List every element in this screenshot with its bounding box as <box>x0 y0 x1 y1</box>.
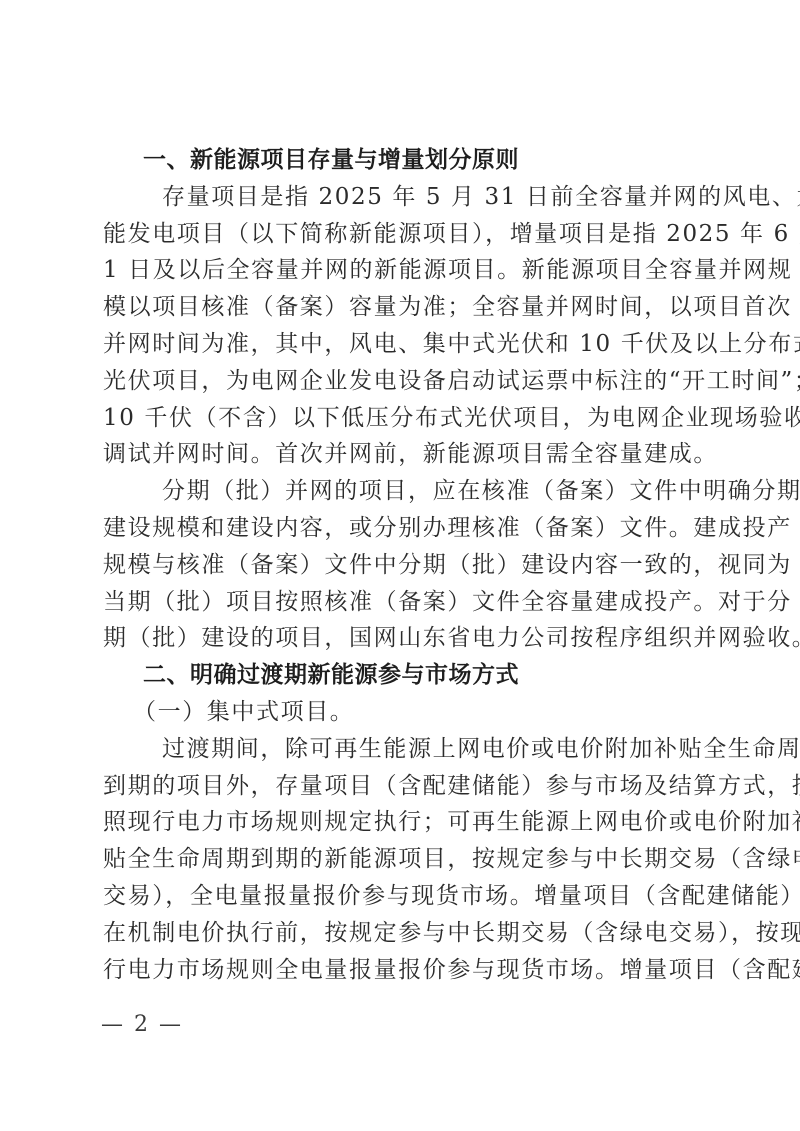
paragraph-3-line-7: 行电力市场规则全电量报量报价参与现货市场。增量项目（含配建 <box>103 952 693 989</box>
paragraph-3-line-4: 贴全生命周期到期的新能源项目，按规定参与中长期交易（含绿电 <box>103 841 693 878</box>
paragraph-3-line-5: 交易），全电量报量报价参与现货市场。增量项目（含配建储能） <box>103 878 693 915</box>
paragraph-3-line-3: 照现行电力市场规则规定执行；可再生能源上网电价或电价附加补 <box>103 804 693 841</box>
paragraph-1-line-7: 10 千伏（不含）以下低压分布式光伏项目，为电网企业现场验收 <box>103 400 693 437</box>
subsection-heading-1: （一）集中式项目。 <box>103 694 693 731</box>
paragraph-2-line-2: 建设规模和建设内容，或分别办理核准（备案）文件。建成投产 <box>103 510 693 547</box>
paragraph-2-line-5: 期（批）建设的项目，国网山东省电力公司按程序组织并网验收。 <box>103 620 693 657</box>
paragraph-1-line-1: 存量项目是指 2025 年 5 月 31 日前全容量并网的风电、太阳 <box>103 179 693 216</box>
page-number: — 2 — <box>101 1012 183 1037</box>
section-heading-2: 二、明确过渡期新能源参与市场方式 <box>103 657 693 694</box>
paragraph-1-line-6: 光伏项目，为电网企业发电设备启动试运票中标注的“开工时间”； <box>103 363 693 400</box>
paragraph-1-line-3: 1 日及以后全容量并网的新能源项目。新能源项目全容量并网规 <box>103 252 693 289</box>
paragraph-3-line-6: 在机制电价执行前，按规定参与中长期交易（含绿电交易），按现 <box>103 915 693 952</box>
paragraph-2-line-1: 分期（批）并网的项目，应在核准（备案）文件中明确分期 <box>103 473 693 510</box>
paragraph-1-line-8: 调试并网时间。首次并网前，新能源项目需全容量建成。 <box>103 436 693 473</box>
section-heading-1: 一、新能源项目存量与增量划分原则 <box>103 142 693 179</box>
paragraph-3-line-1: 过渡期间，除可再生能源上网电价或电价附加补贴全生命周期 <box>103 731 693 768</box>
paragraph-1-line-5: 并网时间为准，其中，风电、集中式光伏和 10 千伏及以上分布式 <box>103 326 693 363</box>
paragraph-2-line-3: 规模与核准（备案）文件中分期（批）建设内容一致的，视同为 <box>103 547 693 584</box>
document-page: 一、新能源项目存量与增量划分原则 存量项目是指 2025 年 5 月 31 日前… <box>103 142 693 988</box>
paragraph-3-line-2: 到期的项目外，存量项目（含配建储能）参与市场及结算方式，按 <box>103 768 693 805</box>
paragraph-1-line-4: 模以项目核准（备案）容量为准；全容量并网时间，以项目首次 <box>103 289 693 326</box>
paragraph-1-line-2: 能发电项目（以下简称新能源项目），增量项目是指 2025 年 6 月 <box>103 216 693 253</box>
paragraph-2-line-4: 当期（批）项目按照核准（备案）文件全容量建成投产。对于分 <box>103 584 693 621</box>
